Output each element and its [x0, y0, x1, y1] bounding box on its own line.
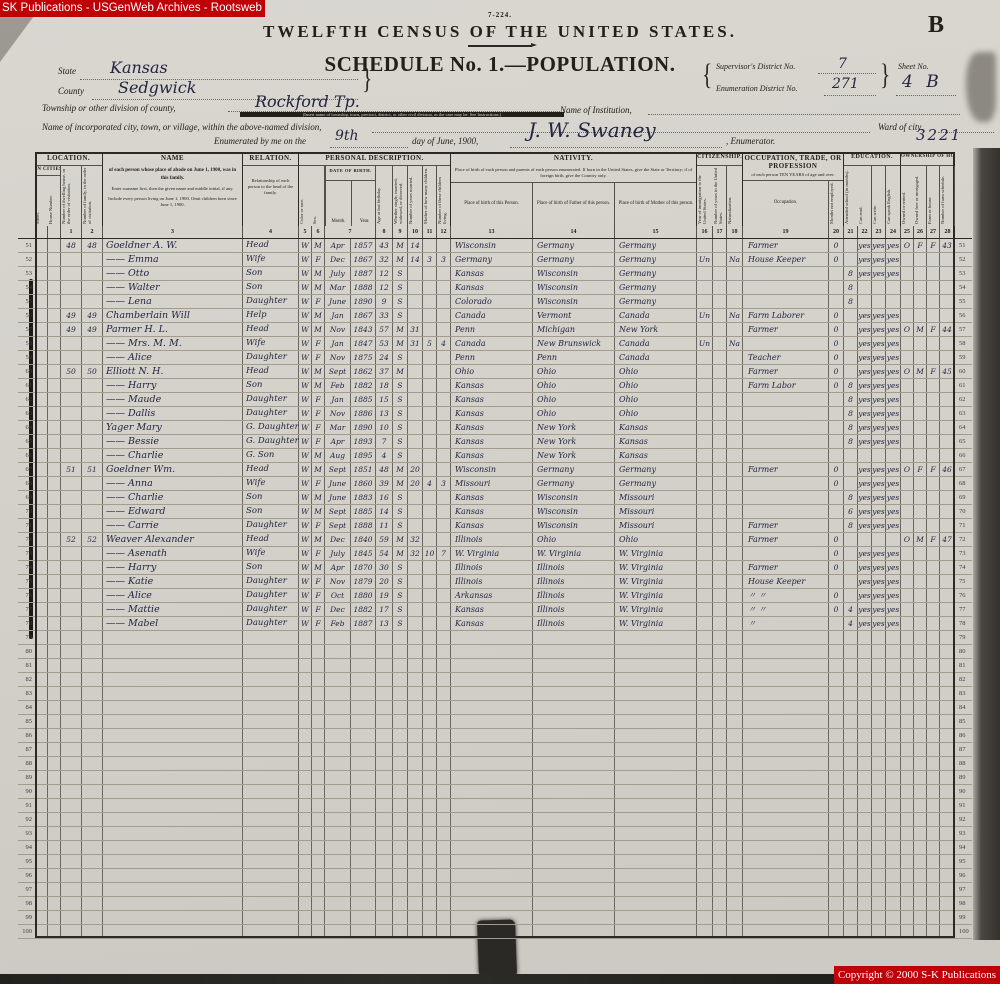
cell-yr — [351, 799, 376, 812]
cell-m — [393, 743, 408, 756]
supervisor-line — [818, 72, 876, 74]
cell-name — [103, 757, 243, 770]
cell-age — [376, 785, 393, 798]
table-row: 8484 — [18, 701, 972, 715]
cell-mo: Sept — [325, 519, 351, 532]
cell-mu — [829, 267, 844, 280]
cell-sch: 8 — [844, 267, 858, 280]
cell-na — [727, 855, 743, 868]
cell-p1: Kansas — [451, 421, 533, 434]
cell-rel — [243, 743, 299, 756]
cell-rd: yes — [858, 421, 872, 434]
cell-age — [376, 799, 393, 812]
cell-im — [697, 785, 713, 798]
township-label: Township or other division of county, — [42, 103, 176, 113]
colno-4: 4 — [243, 226, 299, 238]
colno-14: 14 — [533, 226, 615, 238]
cell-ho — [48, 491, 61, 504]
cell-cl — [437, 295, 451, 308]
cell-p3: Ohio — [615, 379, 697, 392]
cell-p3: W. Virginia — [615, 575, 697, 588]
cell-o2 — [914, 421, 927, 434]
cell-p2 — [533, 785, 615, 798]
cell-sch — [844, 813, 858, 826]
cell-en — [886, 841, 901, 854]
cell-p2: Illinois — [533, 589, 615, 602]
cell-s — [312, 883, 325, 896]
cell-p1 — [451, 841, 533, 854]
cell-p1 — [451, 785, 533, 798]
cell-o1 — [901, 281, 914, 294]
cell-name: —— Charlie — [103, 491, 243, 504]
cell-name — [103, 869, 243, 882]
col-color-race: Color or race. — [299, 166, 312, 226]
cell-name — [103, 897, 243, 910]
col-children-living: Number of these children living. — [437, 166, 451, 226]
cell-p1: Kansas — [451, 435, 533, 448]
cell-c — [299, 841, 312, 854]
row-number: 82 — [955, 673, 972, 686]
cell-wr — [872, 799, 886, 812]
cell-o2 — [914, 519, 927, 532]
cell-p3 — [615, 743, 697, 756]
row-number: 59 — [18, 351, 35, 364]
cell-d: 49 — [61, 323, 82, 336]
cell-cb — [423, 645, 437, 658]
cell-d — [61, 687, 82, 700]
cell-rd: yes — [858, 337, 872, 350]
cell-o3 — [927, 645, 940, 658]
cell-mu: 0 — [829, 365, 844, 378]
row-number: 62 — [955, 393, 972, 406]
cell-ym — [408, 785, 423, 798]
cell-mo: Sept — [325, 365, 351, 378]
cell-wr: yes — [872, 351, 886, 364]
cell-ym — [408, 771, 423, 784]
cell-p2: Wisconsin — [533, 491, 615, 504]
cell-p3 — [615, 813, 697, 826]
cell-occ — [743, 799, 829, 812]
cell-age: 12 — [376, 281, 393, 294]
row-number: 84 — [18, 701, 35, 714]
cell-na — [727, 477, 743, 490]
cell-p3: Germany — [615, 253, 697, 266]
cell-cl — [437, 645, 451, 658]
cell-age: 11 — [376, 519, 393, 532]
cell-o2 — [914, 393, 927, 406]
cell-o1: O — [901, 463, 914, 476]
cell-sch — [844, 869, 858, 882]
cell-yu — [713, 701, 727, 714]
cell-yr: 1888 — [351, 281, 376, 294]
cell-p2: Wisconsin — [533, 281, 615, 294]
cell-sch — [844, 841, 858, 854]
cell-s: M — [312, 561, 325, 574]
cell-cb — [423, 519, 437, 532]
cell-cb — [423, 841, 437, 854]
cell-name — [103, 827, 243, 840]
row-number: 98 — [955, 897, 972, 910]
cell-p2 — [533, 869, 615, 882]
cell-p1: Ohio — [451, 365, 533, 378]
cell-f — [82, 813, 103, 826]
cell-ym — [408, 869, 423, 882]
table-row: 514848Goeldner A. W.HeadWMApr185743M14Wi… — [18, 239, 972, 253]
cell-na — [727, 365, 743, 378]
row-number: 62 — [18, 393, 35, 406]
cell-c: W — [299, 603, 312, 616]
cell-c — [299, 645, 312, 658]
cell-rd — [858, 771, 872, 784]
cell-mu: 0 — [829, 239, 844, 252]
cell-f: 52 — [82, 533, 103, 546]
colno-17: 17 — [713, 226, 727, 238]
cell-im — [697, 897, 713, 910]
col-group-occupation: OCCUPATION, TRADE, OR PROFESSION of each… — [743, 152, 844, 226]
cell-p1: W. Virginia — [451, 547, 533, 560]
colno-13: 13 — [451, 226, 533, 238]
cell-cb — [423, 757, 437, 770]
cell-f — [82, 281, 103, 294]
cell-yr: 1882 — [351, 603, 376, 616]
cell-o2 — [914, 785, 927, 798]
row-number: 95 — [18, 855, 35, 868]
cell-rel — [243, 659, 299, 672]
cell-s — [312, 743, 325, 756]
cell-occ: Farmer — [743, 463, 829, 476]
cell-o2 — [914, 771, 927, 784]
cell-age — [376, 729, 393, 742]
cell-ho — [48, 295, 61, 308]
cell-na — [727, 547, 743, 560]
cell-s — [312, 659, 325, 672]
scan-dark-edge-right — [973, 148, 1000, 940]
cell-ho — [48, 589, 61, 602]
cell-age: 18 — [376, 379, 393, 392]
cell-p1 — [451, 799, 533, 812]
cell-wr — [872, 645, 886, 658]
cell-p3: Canada — [615, 309, 697, 322]
cell-wr: yes — [872, 407, 886, 420]
cell-cb — [423, 897, 437, 910]
cell-rd — [858, 785, 872, 798]
cell-yr: 1870 — [351, 561, 376, 574]
cell-name — [103, 743, 243, 756]
cell-mu: 0 — [829, 533, 844, 546]
cell-age — [376, 813, 393, 826]
cell-mo: June — [325, 491, 351, 504]
cell-cb — [423, 659, 437, 672]
cell-na — [727, 463, 743, 476]
name-desc1: of each person whose place of abode on J… — [109, 168, 236, 181]
cell-c: W — [299, 463, 312, 476]
cell-ym — [408, 589, 423, 602]
cell-ho — [48, 547, 61, 560]
cell-im — [697, 281, 713, 294]
cell-rd — [858, 645, 872, 658]
cell-yr: 1887 — [351, 617, 376, 630]
cell-en: yes — [886, 309, 901, 322]
cell-en — [886, 771, 901, 784]
cell-yu — [713, 533, 727, 546]
cell-cl — [437, 421, 451, 434]
cell-ho — [48, 323, 61, 336]
cell-mo: Mar — [325, 281, 351, 294]
cell-sch: 8 — [844, 379, 858, 392]
cell-m: M — [393, 463, 408, 476]
cell-wr — [872, 687, 886, 700]
cell-en: yes — [886, 463, 901, 476]
cell-o2 — [914, 547, 927, 560]
cell-na — [727, 505, 743, 518]
cell-sch — [844, 659, 858, 672]
cell-ho — [48, 659, 61, 672]
cell-mo: June — [325, 477, 351, 490]
cell-yr: 1875 — [351, 351, 376, 364]
cell-mo: Jan — [325, 309, 351, 322]
cell-wr — [872, 533, 886, 546]
cell-cl — [437, 533, 451, 546]
cell-occ — [743, 687, 829, 700]
cell-name: —— Walter — [103, 281, 243, 294]
cell-mo: Sept — [325, 505, 351, 518]
cell-occ — [743, 645, 829, 658]
cell-p1: Canada — [451, 309, 533, 322]
cell-cb — [423, 491, 437, 504]
cell-o1 — [901, 729, 914, 742]
cell-p3: Germany — [615, 281, 697, 294]
cell-sch — [844, 337, 858, 350]
cell-wr: yes — [872, 421, 886, 434]
cell-rd: yes — [858, 589, 872, 602]
cell-o1 — [901, 337, 914, 350]
cell-rel — [243, 911, 299, 924]
cell-im — [697, 813, 713, 826]
cell-name: —— Lena — [103, 295, 243, 308]
cell-s — [312, 911, 325, 924]
cell-en — [886, 785, 901, 798]
row-number: 79 — [955, 631, 972, 644]
cell-c: W — [299, 281, 312, 294]
cell-ho — [48, 645, 61, 658]
colno-1: 1 — [61, 226, 82, 238]
cell-yr — [351, 855, 376, 868]
cell-o3 — [927, 295, 940, 308]
col-months-not-employed: Months not employed. — [829, 181, 844, 226]
cell-mu — [829, 491, 844, 504]
cell-d — [61, 631, 82, 644]
cell-c — [299, 743, 312, 756]
cell-na — [727, 715, 743, 728]
table-row: 58—— Mrs. M. M.WifeWFJan184753M3154Canad… — [18, 337, 972, 351]
cell-f — [82, 449, 103, 462]
cell-occ: Farmer — [743, 533, 829, 546]
cell-occ — [743, 659, 829, 672]
cell-en — [886, 631, 901, 644]
cell-p3 — [615, 883, 697, 896]
education-title: EDUCATION. — [844, 152, 900, 166]
table-border-left — [35, 152, 37, 938]
cell-na — [727, 617, 743, 630]
cell-rel — [243, 841, 299, 854]
table-row: 9090 — [18, 785, 972, 799]
cell-f — [82, 561, 103, 574]
cell-o1 — [901, 771, 914, 784]
cell-o2 — [914, 897, 927, 910]
cell-p2: Wisconsin — [533, 267, 615, 280]
cell-c: W — [299, 547, 312, 560]
cell-na — [727, 841, 743, 854]
cell-f — [82, 883, 103, 896]
cell-d — [61, 659, 82, 672]
cell-name: Goeldner A. W. — [103, 239, 243, 252]
cell-s: F — [312, 435, 325, 448]
cell-na — [727, 533, 743, 546]
cell-rel — [243, 827, 299, 840]
cell-yr: 1886 — [351, 407, 376, 420]
cell-wr — [872, 295, 886, 308]
cell-c: W — [299, 505, 312, 518]
cell-f: 49 — [82, 323, 103, 336]
cell-na — [727, 869, 743, 882]
table-row: 8080 — [18, 645, 972, 659]
cell-im — [697, 645, 713, 658]
cell-rd — [858, 855, 872, 868]
cell-c — [299, 687, 312, 700]
cell-cb — [423, 631, 437, 644]
colno-5: 5 — [299, 226, 312, 238]
cell-en: yes — [886, 589, 901, 602]
cell-c: W — [299, 491, 312, 504]
cell-en: yes — [886, 337, 901, 350]
cell-im — [697, 323, 713, 336]
cell-yr — [351, 785, 376, 798]
cell-p2: New York — [533, 435, 615, 448]
cell-o1 — [901, 813, 914, 826]
cell-mu — [829, 771, 844, 784]
cell-s — [312, 687, 325, 700]
row-number: 53 — [18, 267, 35, 280]
cell-cb — [423, 729, 437, 742]
row-number: 90 — [955, 785, 972, 798]
cell-na: Na — [727, 309, 743, 322]
cell-f — [82, 505, 103, 518]
cell-o3 — [927, 309, 940, 322]
row-number: 97 — [955, 883, 972, 896]
cell-mu: 0 — [829, 379, 844, 392]
cell-cl — [437, 631, 451, 644]
cell-o3 — [927, 449, 940, 462]
cell-s — [312, 799, 325, 812]
cell-yu — [713, 813, 727, 826]
cell-mo — [325, 855, 351, 868]
col-group-personal: PERSONAL DESCRIPTION. Color or race. Sex… — [299, 152, 451, 226]
cell-sch — [844, 687, 858, 700]
cell-en — [886, 827, 901, 840]
cell-o2 — [914, 589, 927, 602]
row-number: 89 — [955, 771, 972, 784]
cell-m: S — [393, 267, 408, 280]
cell-yu — [713, 547, 727, 560]
cell-ho — [48, 869, 61, 882]
cell-ho — [48, 743, 61, 756]
cell-d: 49 — [61, 309, 82, 322]
cell-yu — [713, 841, 727, 854]
cell-p2: Ohio — [533, 379, 615, 392]
cell-p1 — [451, 743, 533, 756]
watermark-bottom-text: Copyright © 2000 S-K Publications — [838, 969, 996, 981]
cell-p2: Ohio — [533, 365, 615, 378]
row-number: 67 — [18, 463, 35, 476]
cell-mu — [829, 869, 844, 882]
cell-im — [697, 827, 713, 840]
row-number: 76 — [18, 589, 35, 602]
institution-line — [648, 113, 960, 115]
cell-name — [103, 687, 243, 700]
cell-cb — [423, 407, 437, 420]
cell-m: M — [393, 365, 408, 378]
cell-p3 — [615, 645, 697, 658]
table-row: 52—— EmmaWifeWFDec186732M1433GermanyGerm… — [18, 253, 972, 267]
cell-o2 — [914, 435, 927, 448]
cell-wr: yes — [872, 267, 886, 280]
cell-cb — [423, 449, 437, 462]
cell-c: W — [299, 617, 312, 630]
cell-p1: Penn — [451, 323, 533, 336]
cell-cl — [437, 799, 451, 812]
cell-age — [376, 883, 393, 896]
cell-en: yes — [886, 561, 901, 574]
cell-mu — [829, 729, 844, 742]
cell-m: S — [393, 281, 408, 294]
cell-m: S — [393, 309, 408, 322]
cell-age: 13 — [376, 407, 393, 420]
cell-rel — [243, 687, 299, 700]
table-row: 66—— CharlieG. SonWMAug18954SKansasNew Y… — [18, 449, 972, 463]
cell-m — [393, 659, 408, 672]
cell-cl: 4 — [437, 337, 451, 350]
col-years-married: Number of years married. — [408, 166, 423, 226]
cell-p1 — [451, 687, 533, 700]
cell-o1 — [901, 841, 914, 854]
cell-occ: Farm Labor — [743, 379, 829, 392]
cell-yr — [351, 883, 376, 896]
cell-cb — [423, 575, 437, 588]
cell-age — [376, 687, 393, 700]
cell-yr — [351, 729, 376, 742]
cell-cl — [437, 561, 451, 574]
cell-yu — [713, 869, 727, 882]
cell-rel — [243, 771, 299, 784]
cell-ym — [408, 505, 423, 518]
cell-cl — [437, 813, 451, 826]
cell-im — [697, 365, 713, 378]
row-number: 66 — [18, 449, 35, 462]
day-line — [330, 146, 408, 148]
cell-cl — [437, 701, 451, 714]
township-value: Rockford Tp. — [255, 92, 360, 111]
cell-occ: Farmer — [743, 239, 829, 252]
cell-rel: Wife — [243, 337, 299, 350]
cell-s: M — [312, 281, 325, 294]
cell-c — [299, 757, 312, 770]
cell-mo — [325, 897, 351, 910]
cell-o3 — [927, 519, 940, 532]
cell-age: 33 — [376, 309, 393, 322]
cell-p3 — [615, 757, 697, 770]
row-number: 100 — [955, 925, 972, 938]
cell-rd: yes — [858, 393, 872, 406]
